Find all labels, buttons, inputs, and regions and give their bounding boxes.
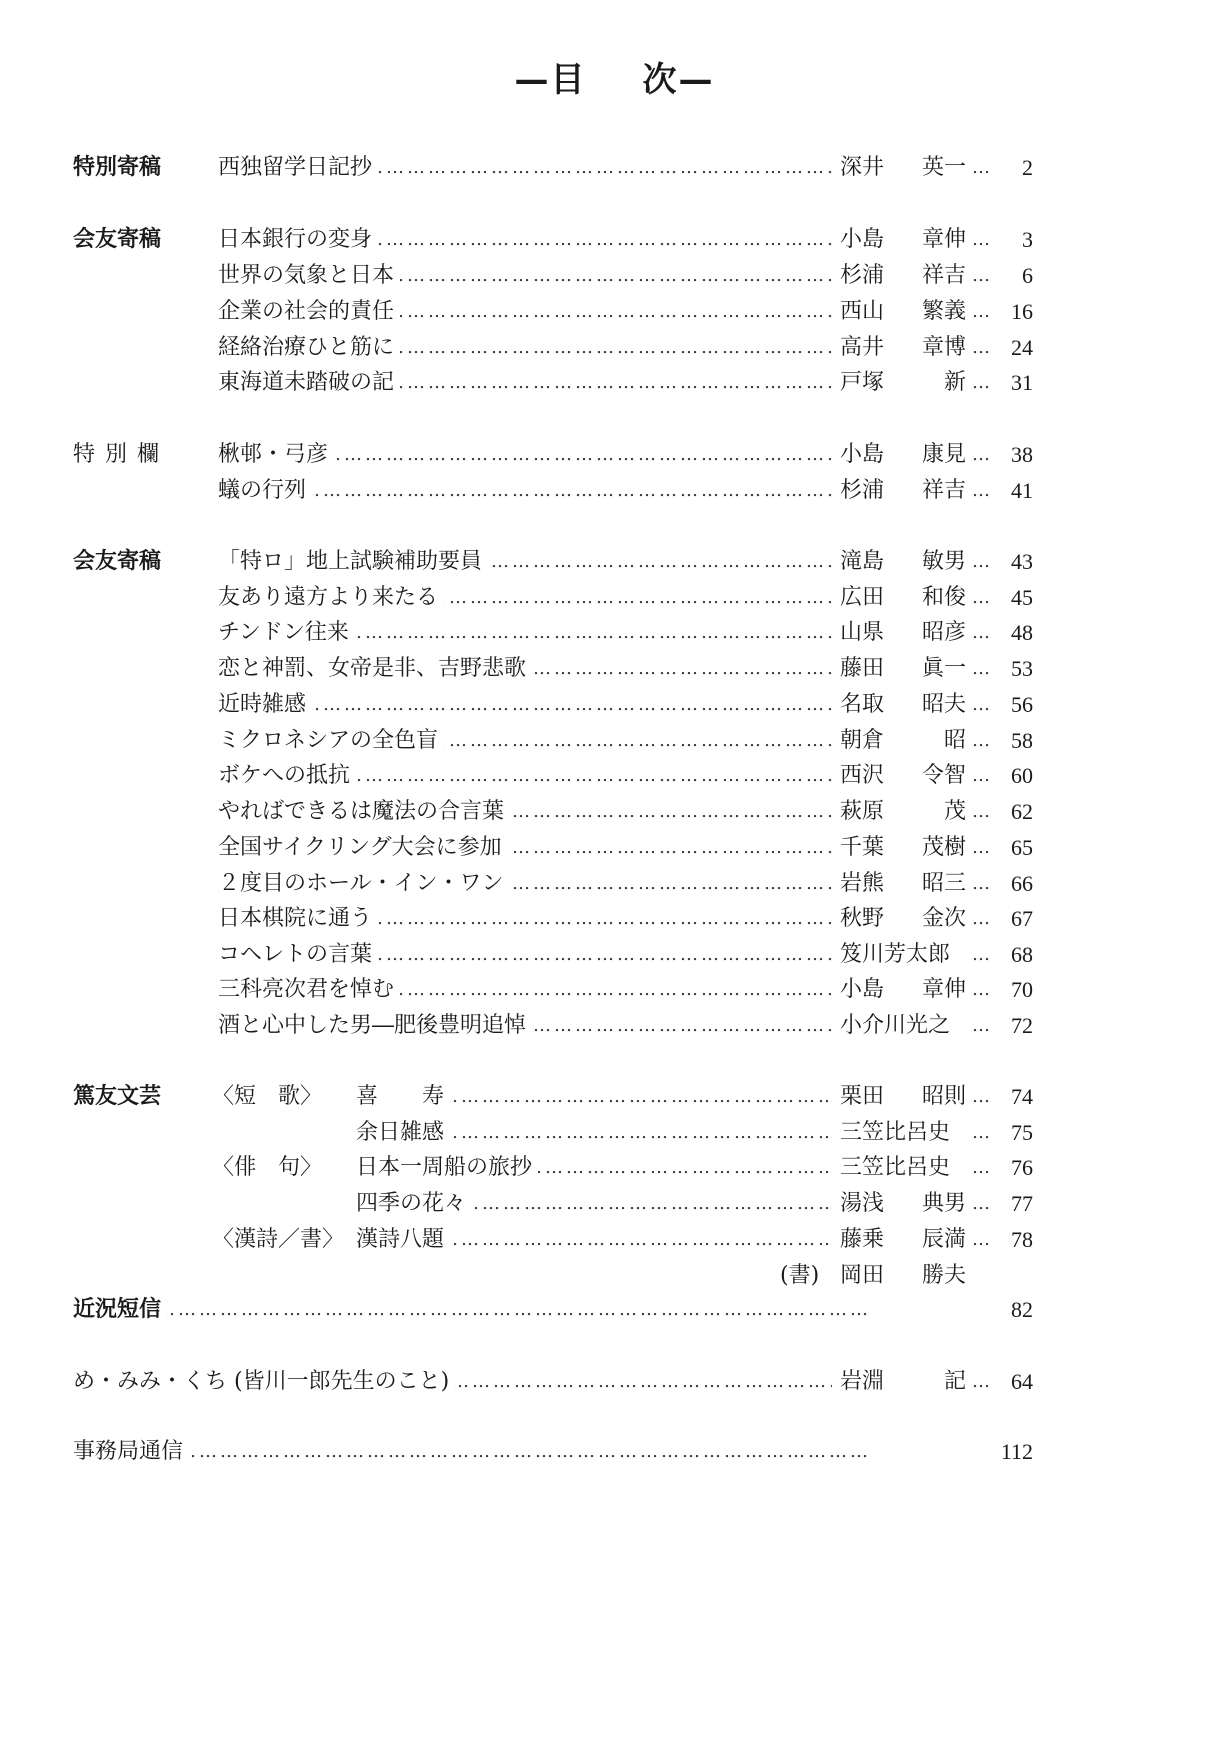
author-family-name: 朝倉 [840,724,884,758]
page-number: 2 [1022,151,1033,185]
author-given-name: 令智 [922,759,966,793]
entry-title: 企業の社会的責任 [218,295,400,329]
entry-title: 三科亮次君を悼む [218,973,400,1007]
author-given-name: 新 [944,366,966,400]
page-number: 38 [1011,438,1033,472]
author-family-name: 千葉 [840,831,884,865]
page-leader-dots: … [972,581,992,615]
page-leader-dots: … [972,759,992,793]
author-family-name: 秋野 [840,902,884,936]
author-family-name: 湯浅 [840,1187,884,1221]
page-number: 6 [1022,259,1033,293]
author-given-name: 昭 [944,724,966,758]
page-number: 62 [1011,795,1033,829]
page-number: 53 [1011,652,1033,686]
author-family-name: 広田 [840,581,884,615]
page-leader-dots: … [972,652,992,686]
page-leader-dots: … [972,1009,992,1043]
toc-entry: ……………………………………………………………………………………………………東海… [0,366,1229,400]
entry-title: やればできるは魔法の合言葉 [218,795,510,829]
toc-entry: ……………………………………………………………………………………………………近時… [0,688,1229,722]
page-number: 3 [1022,223,1033,257]
entry-title: 恋と神罰、女帝是非、吉野悲歌 [218,652,532,686]
author-given-name: 辰満 [922,1223,966,1257]
toc-entry: 篤友文芸〈短 歌〉…………………………………………………………………………………… [0,1080,1229,1114]
page-leader-dots: … [972,1080,992,1114]
page-number: 56 [1011,688,1033,722]
page-leader-dots: … [972,295,992,329]
calligraphy-label: (書) [780,1259,819,1293]
author-given-name: 敏男 [922,545,966,579]
entry-title: ２度目のホール・イン・ワン [218,867,510,901]
entry-title: 四季の花々 [356,1187,472,1221]
entry-title: 余日雑感 [356,1116,450,1150]
author-given-name: 茂樹 [922,831,966,865]
author-given-name: 繁義 [922,295,966,329]
page-leader-dots: … [972,223,992,257]
title-left: —目 [515,60,587,100]
author-family-name: 小島 [840,223,884,257]
toc-entry: ……………………………………………………………………………………………………コヘ… [0,938,1229,972]
page-number: 43 [1011,545,1033,579]
author-family-name: 三笠比呂史 [840,1151,950,1185]
author-family-name: 小介川光之 [840,1009,950,1043]
entry-title: 酒と心中した男―肥後豊明追悼 [218,1009,532,1043]
section-label: 特別寄稿 [73,151,161,185]
entry-title: 東海道未踏破の記 [218,366,400,400]
page-leader-dots: … [972,438,992,472]
entry-title: ボケへの抵抗 [218,759,356,793]
toc-entry: ……………………………………………………………………………………………………酒と… [0,1009,1229,1043]
author-given-name: 眞一 [922,652,966,686]
page-number: 66 [1011,867,1033,901]
author-given-name: 昭三 [922,867,966,901]
author-family-name: 小島 [840,973,884,1007]
toc-entry: 特別欄…………………………………………………………………………………………………… [0,438,1229,472]
page-leader-dots: … [972,616,992,650]
author-family-name: 西山 [840,295,884,329]
toc-entry: 会友寄稿………………………………………………………………………………………………… [0,223,1229,257]
toc-entry: 特別寄稿………………………………………………………………………………………………… [0,151,1229,185]
entry-title: 西独留学日記抄 [218,151,378,185]
toc-entry: ……………………………………………………………………………………………………余日… [0,1116,1229,1150]
entry-title: 友あり遠方より来たる [218,581,444,615]
author-family-name: 三笠比呂史 [840,1116,950,1150]
author-given-name: 祥吉 [922,259,966,293]
page-number: 41 [1011,474,1033,508]
author-given-name: 章伸 [922,223,966,257]
page-leader-dots: … [972,259,992,293]
page-leader-dots: … [972,1223,992,1257]
entry-title: 経絡治療ひと筋に [218,331,400,365]
author-given-name: 章博 [922,331,966,365]
author-given-name: 記 [944,1365,966,1399]
genre-label: 〈漢詩／書〉 [212,1223,344,1257]
author-family-name: 杉浦 [840,259,884,293]
page-number: 72 [1011,1009,1033,1043]
toc-entry: ……………………………………………………………………………………………………ボケ… [0,759,1229,793]
toc-entry: ……………………………………………………………………………………………………全国… [0,831,1229,865]
author-given-name: 金次 [922,902,966,936]
entry-title: 全国サイクリング大会に参加 [218,831,508,865]
entry-title: コヘレトの言葉 [218,938,378,972]
section-label: 篤友文芸 [73,1080,161,1114]
page-number: 64 [1011,1365,1033,1399]
toc-entry: 〈俳 句〉……………………………………………………………………………………………… [0,1151,1229,1185]
author-family-name: 戸塚 [840,366,884,400]
toc-entry: ……………………………………………………………………………………………………友あ… [0,581,1229,615]
author-given-name: 和俊 [922,581,966,615]
entry-title: 事務局通信 [73,1435,189,1469]
author-given-name: 昭彦 [922,616,966,650]
toc-entry: ……………………………………………………………………………………………………四季… [0,1187,1229,1221]
author-family-name: 笈川芳太郎 [840,938,950,972]
page-number: 70 [1011,973,1033,1007]
author-family-name: 滝島 [840,545,884,579]
page-leader-dots: … [972,973,992,1007]
page-leader-dots: … [972,151,992,185]
page-number: 31 [1011,366,1033,400]
toc-entry: ……………………………………………………………………………………………………蟻の… [0,474,1229,508]
page-leader-dots: … [972,1187,992,1221]
toc-entry: ……………………………………………………………………………………………………チン… [0,616,1229,650]
toc-entry: ……………………………………………………………………………………………………め・… [0,1365,1229,1399]
page-leader-dots: … [972,724,992,758]
page-leader-dots: … [972,1151,992,1185]
entry-title: 日本棋院に通う [218,902,378,936]
section-label: 特別欄 [73,438,169,472]
toc-entry: ……………………………………………………………………………………………………ミク… [0,724,1229,758]
author-given-name: 茂 [944,795,966,829]
entry-title: ミクロネシアの全色盲 [218,724,444,758]
entry-title: 近況短信 [73,1293,167,1327]
page-number: 76 [1011,1151,1033,1185]
author-family-name: 小島 [840,438,884,472]
toc-entry: ……………………………………………………………………………………………………事務… [0,1435,1229,1469]
author-given-name: 昭夫 [922,688,966,722]
toc-entry: ……………………………………………………………………………………………………やれ… [0,795,1229,829]
section-label: 会友寄稿 [73,223,161,257]
page-title: —目次— [0,52,1229,101]
toc-entry: 〈漢詩／書〉…………………………………………………………………………………………… [0,1223,1229,1257]
author-family-name: 藤乗 [840,1223,884,1257]
entry-title: 日本一周船の旅抄 [356,1151,538,1185]
author-family-name: 深井 [840,151,884,185]
page-number: 45 [1011,581,1033,615]
author-given-name: 祥吉 [922,474,966,508]
page-leader-dots: … [972,474,992,508]
page-number: 74 [1011,1080,1033,1114]
page-number: 16 [1011,295,1033,329]
page-number: 58 [1011,724,1033,758]
page-number: 48 [1011,616,1033,650]
author-family-name: 栗田 [840,1080,884,1114]
page-leader-dots: … [972,795,992,829]
entry-title: 漢詩八題 [356,1223,450,1257]
entry-title: チンドン往来 [218,616,355,650]
author-family-name: 高井 [840,331,884,365]
author-family-name: 名取 [840,688,884,722]
page-leader-dots: … [972,1365,992,1399]
toc-entry: ……………………………………………………………………………………………………恋と… [0,652,1229,686]
author-given-name: 章伸 [922,973,966,1007]
page-leader-dots: … [972,831,992,865]
toc-entry: ……………………………………………………………………………………………………世界… [0,259,1229,293]
entry-title: 蟻の行列 [218,474,312,508]
toc-entry: ……………………………………………………………………………………………………近況… [0,1293,1229,1327]
page-number: 75 [1011,1116,1033,1150]
entry-title: 近時雑感 [218,688,312,722]
author-family-name: 西沢 [840,759,884,793]
page-leader-dots: … [972,545,992,579]
author-family-name: 萩原 [840,795,884,829]
genre-label: 〈俳 句〉 [212,1151,322,1185]
page-leader-dots: … [972,902,992,936]
leader-dots: …………………………………………………………………………………………………… [73,1435,1000,1469]
toc-entry: 会友寄稿………………………………………………………………………………………………… [0,545,1229,579]
page-leader-dots: … [972,366,992,400]
author-given-name: 勝夫 [922,1259,966,1293]
author-family-name: 岩熊 [840,867,884,901]
author-given-name: 康見 [922,438,966,472]
page-leader-dots: … [972,1116,992,1150]
page-number: 78 [1011,1223,1033,1257]
toc-entry: ……………………………………………………………………………………………………２度… [0,867,1229,901]
page-number: 82 [1011,1293,1033,1327]
entry-title: 楸邨・弓彦 [218,438,334,472]
author-family-name: 杉浦 [840,474,884,508]
author-family-name: 岡田 [840,1259,884,1293]
author-given-name: 昭則 [922,1080,966,1114]
toc-entry: ……………………………………………………………………………………………………経絡… [0,331,1229,365]
page-leader-dots: … [972,688,992,722]
entry-title: 世界の気象と日本 [218,259,400,293]
page-number: 60 [1011,759,1033,793]
genre-label: 〈短 歌〉 [212,1080,322,1114]
page-leader-dots: … [972,867,992,901]
page-number: 77 [1011,1187,1033,1221]
author-family-name: 藤田 [840,652,884,686]
entry-title: 「特ロ」地上試験補助要員 [218,545,488,579]
leader-dots: …………………………………………………………………………………………………… [73,1293,1000,1327]
author-family-name: 岩淵 [840,1365,884,1399]
page-leader-dots: … [972,331,992,365]
page-number: 112 [1001,1435,1033,1469]
entry-title: め・みみ・くち (皆川一郎先生のこと) [73,1365,455,1399]
entry-title: 日本銀行の変身 [218,223,378,257]
author-given-name: 典男 [922,1187,966,1221]
page-number: 67 [1011,902,1033,936]
title-right: 次— [643,60,715,100]
toc-entry: ……………………………………………………………………………………………………企業… [0,295,1229,329]
page-leader-dots: … [972,938,992,972]
toc-entry: ……………………………………………………………………………………………………三科… [0,973,1229,1007]
author-family-name: 山県 [840,616,884,650]
page-number: 68 [1011,938,1033,972]
toc-entry: ……………………………………………………………………………………………………日本… [0,902,1229,936]
section-label: 会友寄稿 [73,545,161,579]
page-number: 65 [1011,831,1033,865]
author-given-name: 英一 [922,151,966,185]
entry-title: 喜 寿 [356,1080,450,1114]
page-number: 24 [1011,331,1033,365]
calligraphy-credit: (書)岡田勝夫 [0,1259,1229,1293]
